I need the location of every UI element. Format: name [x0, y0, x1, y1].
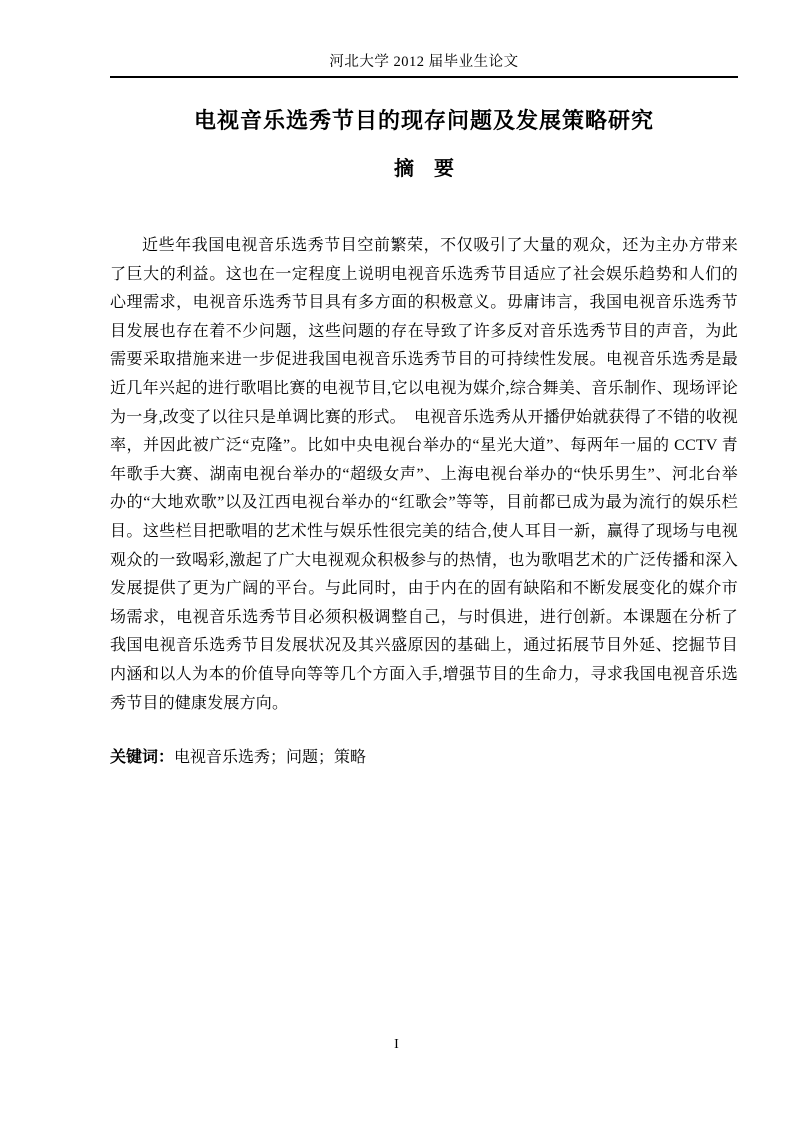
header-text: 河北大学 2012 届毕业生论文 — [110, 0, 738, 71]
document-page: 河北大学 2012 届毕业生论文 电视音乐选秀节目的现存问题及发展策略研究 摘 … — [0, 0, 793, 1122]
keywords-label: 关键词： — [110, 749, 174, 766]
page-header: 河北大学 2012 届毕业生论文 — [110, 0, 738, 78]
keywords-line: 关键词：电视音乐选秀；问题；策略 — [110, 744, 738, 773]
header-rule — [110, 76, 738, 78]
document-title: 电视音乐选秀节目的现存问题及发展策略研究 — [110, 104, 738, 135]
keywords-value: 电视音乐选秀；问题；策略 — [174, 749, 366, 766]
page-number: I — [0, 1037, 793, 1053]
abstract-body-text: 近些年我国电视音乐选秀节目空前繁荣，不仅吸引了大量的观众，还为主办方带来了巨大的… — [110, 232, 738, 718]
abstract-heading: 摘 要 — [110, 152, 738, 181]
